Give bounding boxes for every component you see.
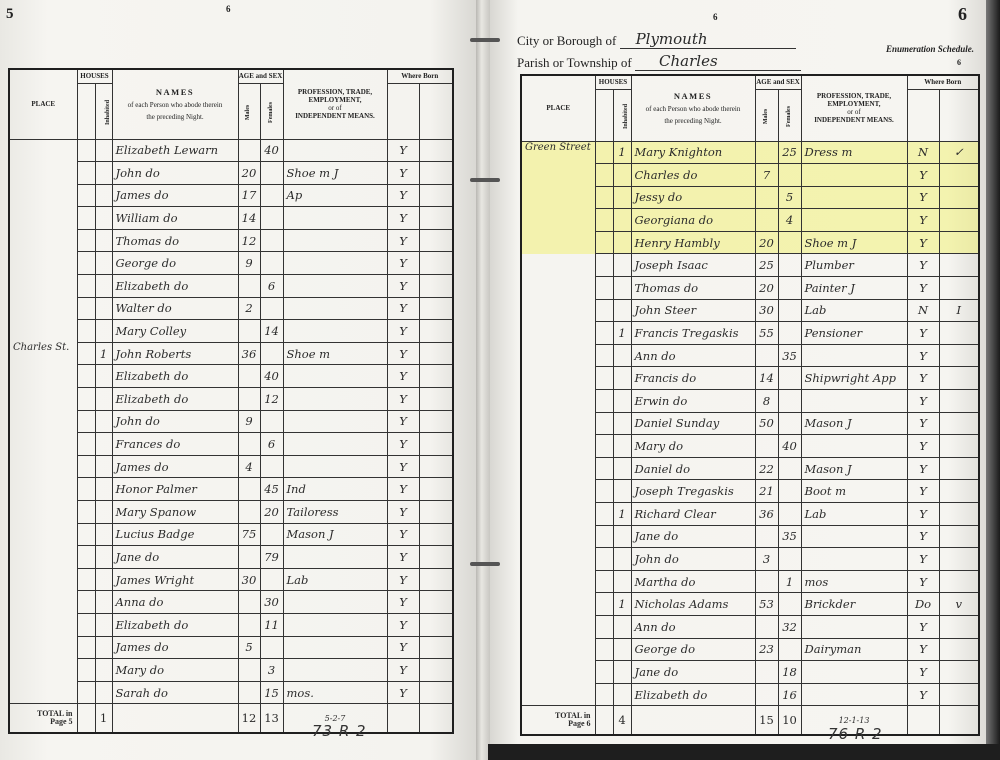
males-cell: 22 (755, 457, 778, 480)
uninhabited-cell (595, 277, 613, 300)
table-row: Jane do35Y (521, 525, 979, 548)
total-row: TOTAL inPage 64151012-1-13 (521, 706, 979, 736)
born-foreign-cell: ✓ (939, 141, 979, 164)
females-cell: 12 (260, 388, 283, 411)
place (9, 252, 77, 275)
males-cell: 75 (238, 523, 260, 546)
inhabited-cell (613, 277, 631, 300)
born-county-cell: Y (387, 568, 419, 591)
uninhabited-cell (595, 322, 613, 345)
total-born-foreign (939, 706, 979, 736)
table-row: 1Nicholas Adams53BrickderDov (521, 593, 979, 616)
place (521, 344, 595, 367)
col-females: Females (778, 89, 801, 141)
uninhabited-cell (77, 568, 95, 591)
males-cell (238, 681, 260, 704)
inhabited-cell (95, 388, 112, 411)
born-county-cell: Y (907, 661, 939, 684)
profession-cell: Brickder (801, 593, 907, 616)
born-foreign-cell (939, 186, 979, 209)
females-cell (778, 480, 801, 503)
inhabited-cell (95, 568, 112, 591)
profession-cell (283, 591, 387, 614)
profession-h4: INDEPENDENT MEANS. (284, 112, 387, 120)
table-row: Henry Hambly20Shoe m JY (521, 231, 979, 254)
col-uninhabited: Uninhabited or Building (77, 83, 95, 139)
males-cell (238, 659, 260, 682)
binding-clip (470, 38, 500, 42)
uninhabited-cell (595, 141, 613, 164)
place (521, 186, 595, 209)
females-cell (778, 593, 801, 616)
profession-cell (283, 659, 387, 682)
table-row: 1Richard Clear36LabY (521, 503, 979, 526)
place (9, 139, 77, 162)
females-cell: 20 (260, 501, 283, 524)
uninhabited-cell (595, 570, 613, 593)
uninhabited-cell (595, 164, 613, 187)
table-row: Elizabeth Lewarn40Y (9, 139, 453, 162)
born-county-cell: Y (907, 435, 939, 458)
males-cell (238, 275, 260, 298)
col-age-sex: AGE and SEX (755, 75, 801, 89)
uninhabited-cell (77, 139, 95, 162)
table-row: Lucius Badge75Mason JY (9, 523, 453, 546)
uninhabited-cell (77, 433, 95, 456)
binding-clip (470, 562, 500, 566)
males-cell (238, 613, 260, 636)
born-foreign-cell (419, 568, 453, 591)
profession-cell: Mason J (801, 412, 907, 435)
born-county-cell: Y (907, 231, 939, 254)
col-where-born: Where Born (907, 75, 979, 89)
total-row: TOTAL inPage 5112135-2-7 (9, 704, 453, 734)
book-edge (986, 0, 1000, 760)
inhabited-cell (613, 683, 631, 706)
uninhabited-cell (77, 297, 95, 320)
inhabited-cell (95, 478, 112, 501)
females-cell (778, 322, 801, 345)
born-county-cell: Y (387, 207, 419, 230)
inhabited-cell (95, 297, 112, 320)
profession-cell: Lab (283, 568, 387, 591)
name-cell: Walter do (112, 297, 238, 320)
born-county-cell: Y (907, 503, 939, 526)
uninhabited-cell (595, 254, 613, 277)
name-cell: John Roberts (112, 342, 238, 365)
born-foreign-cell (939, 615, 979, 638)
born-county-cell: Y (907, 480, 939, 503)
uninhabited-cell (595, 344, 613, 367)
place (9, 320, 77, 343)
inhabited-label: Inhabited (623, 103, 630, 128)
table-row: James Wright30LabY (9, 568, 453, 591)
uninhabited-cell (595, 299, 613, 322)
table-row: Ann do32Y (521, 615, 979, 638)
inhabited-label: Inhabited (105, 99, 112, 124)
left-rows: Elizabeth Lewarn40YJohn do20Shoe m JYJam… (9, 139, 453, 733)
name-cell: Mary Colley (112, 320, 238, 343)
table-row: James do4Y (9, 455, 453, 478)
place (521, 615, 595, 638)
inhabited-cell: 1 (95, 342, 112, 365)
table-row: Thomas do20Painter JY (521, 277, 979, 300)
name-cell: Francis do (631, 367, 755, 390)
born-county-cell: Y (387, 410, 419, 433)
born-county-cell: Y (387, 139, 419, 162)
born-county-cell: Y (387, 636, 419, 659)
name-cell: William do (112, 207, 238, 230)
profession-h2: EMPLOYMENT, (802, 100, 907, 108)
uninhabited-cell (77, 229, 95, 252)
males-cell: 12 (238, 229, 260, 252)
place (521, 480, 595, 503)
left-reference: 73 R 2 (312, 722, 367, 740)
profession-cell (283, 613, 387, 636)
table-row: Frances do6Y (9, 433, 453, 456)
place (9, 681, 77, 704)
name-cell: Mary do (631, 435, 755, 458)
males-cell: 2 (238, 297, 260, 320)
col-names: NAMES of each Person who abode therein t… (631, 75, 755, 141)
born-county-cell: Y (387, 681, 419, 704)
city-borough-label: City or Borough of (517, 33, 616, 48)
name-cell: Martha do (631, 570, 755, 593)
total-born-county (907, 706, 939, 736)
born-foreign-cell (419, 252, 453, 275)
parish-township-value: Charles (635, 52, 801, 71)
place (521, 231, 595, 254)
born-foreign-cell (939, 164, 979, 187)
place (521, 525, 595, 548)
place (521, 254, 595, 277)
table-row: Elizabeth do6Y (9, 275, 453, 298)
males-cell: 4 (238, 455, 260, 478)
females-cell (778, 503, 801, 526)
males-cell (755, 186, 778, 209)
females-cell: 11 (260, 613, 283, 636)
females-cell: 18 (778, 661, 801, 684)
total-males: 15 (755, 706, 778, 736)
females-cell (778, 638, 801, 661)
born-foreign-cell (939, 638, 979, 661)
uninhabited-cell (77, 365, 95, 388)
col-age-sex: AGE and SEX (238, 69, 283, 83)
born-foreign-cell (419, 229, 453, 252)
profession-cell: Shoe m J (801, 231, 907, 254)
males-cell: 8 (755, 390, 778, 413)
inhabited-cell (95, 455, 112, 478)
born-county-cell: Y (387, 184, 419, 207)
place (521, 322, 595, 345)
uninhabited-cell (595, 480, 613, 503)
table-row: Elizabeth do12Y (9, 388, 453, 411)
females-cell: 15 (260, 681, 283, 704)
inhabited-cell: 1 (613, 593, 631, 616)
profession-cell (801, 683, 907, 706)
males-cell (755, 525, 778, 548)
total-inhabited: 1 (95, 704, 112, 734)
males-cell (755, 209, 778, 232)
profession-h4: INDEPENDENT MEANS. (802, 116, 907, 124)
inhabited-cell (95, 523, 112, 546)
uninhabited-cell (595, 457, 613, 480)
males-cell: 14 (238, 207, 260, 230)
total-blank (631, 706, 755, 736)
inhabited-cell (95, 591, 112, 614)
uninhabited-cell (77, 681, 95, 704)
place (521, 164, 595, 187)
profession-cell (283, 636, 387, 659)
profession-cell (283, 546, 387, 569)
schedule-number: 6 (957, 58, 961, 67)
total-inhabited: 4 (613, 706, 631, 736)
females-cell (778, 548, 801, 571)
table-row: James do5Y (9, 636, 453, 659)
name-cell: Thomas do (112, 229, 238, 252)
females-cell (260, 297, 283, 320)
males-cell: 55 (755, 322, 778, 345)
uninhabited-cell (77, 410, 95, 433)
place (521, 638, 595, 661)
total-uninhabited (595, 706, 613, 736)
females-cell: 6 (260, 275, 283, 298)
born-foreign-cell (419, 681, 453, 704)
uninhabited-cell (595, 412, 613, 435)
place (9, 636, 77, 659)
right-top-mark: 6 (713, 12, 718, 22)
born-foreign-cell (939, 480, 979, 503)
females-cell (778, 254, 801, 277)
males-cell: 5 (238, 636, 260, 659)
profession-cell: Dairyman (801, 638, 907, 661)
males-cell (755, 683, 778, 706)
name-cell: Ann do (631, 615, 755, 638)
place (9, 433, 77, 456)
females-cell: 32 (778, 615, 801, 638)
col-males: Males (755, 89, 778, 141)
profession-cell (801, 209, 907, 232)
born-foreign-cell (939, 367, 979, 390)
inhabited-cell (95, 275, 112, 298)
name-cell: Frances do (112, 433, 238, 456)
born-foreign-cell (419, 320, 453, 343)
males-cell: 53 (755, 593, 778, 616)
born-foreign-cell (939, 254, 979, 277)
place (521, 367, 595, 390)
uninhabited-cell (77, 275, 95, 298)
right-rows: Green Street1Mary Knighton25Dress mN✓Cha… (521, 141, 979, 735)
males-cell (238, 139, 260, 162)
born-county-cell: Y (387, 388, 419, 411)
born-foreign-cell (939, 457, 979, 480)
females-cell (778, 299, 801, 322)
name-cell: Francis Tregaskis (631, 322, 755, 345)
inhabited-cell (613, 390, 631, 413)
table-row: Jane do18Y (521, 661, 979, 684)
place (9, 388, 77, 411)
born-county-cell: Y (387, 613, 419, 636)
born-county-cell: Y (907, 638, 939, 661)
profession-cell (801, 390, 907, 413)
males-cell (755, 435, 778, 458)
place (9, 546, 77, 569)
uninhabited-cell (77, 501, 95, 524)
born-foreign-cell (939, 683, 979, 706)
name-cell: Joseph Tregaskis (631, 480, 755, 503)
born-county-cell: Y (907, 570, 939, 593)
table-row: Elizabeth do16Y (521, 683, 979, 706)
uninhabited-cell (77, 478, 95, 501)
place (9, 568, 77, 591)
males-cell (238, 388, 260, 411)
males-cell: 3 (755, 548, 778, 571)
born-foreign-cell (419, 613, 453, 636)
born-foreign-cell: I (939, 299, 979, 322)
enumeration-schedule-label: Enumeration Schedule. (886, 44, 974, 54)
name-cell: Mary do (112, 659, 238, 682)
names-title: NAMES (113, 88, 238, 98)
name-cell: Elizabeth do (112, 613, 238, 636)
names-sub2: the preceding Night. (632, 117, 755, 125)
born-foreign-cell (419, 478, 453, 501)
born-foreign-cell (419, 297, 453, 320)
born-foreign-cell (419, 501, 453, 524)
females-cell (260, 229, 283, 252)
name-cell: Daniel do (631, 457, 755, 480)
born-county-cell: Y (387, 523, 419, 546)
born-county-cell: Y (907, 683, 939, 706)
inhabited-cell (95, 162, 112, 185)
born-foreign-cell (419, 546, 453, 569)
total-label-2: Page 6 (525, 720, 591, 729)
profession-cell: Plumber (801, 254, 907, 277)
table-row: 1Francis Tregaskis55PensionerY (521, 322, 979, 345)
females-cell (260, 410, 283, 433)
born-foreign-cell (419, 139, 453, 162)
inhabited-cell: 1 (613, 503, 631, 526)
profession-cell: Painter J (801, 277, 907, 300)
inhabited-cell (95, 320, 112, 343)
born-foreign-cell (419, 388, 453, 411)
col-houses: HOUSES (77, 69, 112, 83)
place (521, 390, 595, 413)
profession-cell: Shoe m J (283, 162, 387, 185)
uninhabited-cell (595, 661, 613, 684)
inhabited-cell (613, 570, 631, 593)
table-row: George do9Y (9, 252, 453, 275)
females-cell (778, 277, 801, 300)
name-cell: Georgiana do (631, 209, 755, 232)
uninhabited-cell (77, 320, 95, 343)
born-county-cell: Y (387, 297, 419, 320)
name-cell: Elizabeth do (112, 388, 238, 411)
males-cell: 20 (755, 277, 778, 300)
table-row: William do14Y (9, 207, 453, 230)
name-cell: John do (112, 410, 238, 433)
profession-cell (283, 297, 387, 320)
profession-h3: or of (284, 104, 387, 112)
females-cell (260, 568, 283, 591)
place (9, 229, 77, 252)
table-row: Thomas do12Y (9, 229, 453, 252)
females-cell: 1 (778, 570, 801, 593)
born-county-cell: Y (907, 390, 939, 413)
name-cell: Mary Spanow (112, 501, 238, 524)
uninhabited-cell (595, 390, 613, 413)
place (521, 209, 595, 232)
inhabited-cell (613, 412, 631, 435)
born-foreign-cell (939, 322, 979, 345)
inhabited-cell (613, 254, 631, 277)
right-reference: 76 R 2 (828, 725, 883, 743)
profession-cell (283, 207, 387, 230)
names-sub1: of each Person who abode therein (113, 101, 238, 109)
born-county-cell: Y (387, 229, 419, 252)
name-cell: Elizabeth do (631, 683, 755, 706)
place (9, 455, 77, 478)
profession-cell: mos (801, 570, 907, 593)
males-label: Males (763, 108, 770, 123)
born-foreign-cell (939, 231, 979, 254)
place (521, 683, 595, 706)
table-row: Mary Spanow20TailoressY (9, 501, 453, 524)
total-label: TOTAL inPage 5 (9, 704, 77, 734)
names-sub1: of each Person who abode therein (632, 105, 755, 113)
place (521, 412, 595, 435)
born-foreign-cell (419, 162, 453, 185)
place (521, 593, 595, 616)
uninhabited-cell (595, 209, 613, 232)
inhabited-cell (613, 367, 631, 390)
name-cell: Charles do (631, 164, 755, 187)
born-county-cell: Y (907, 367, 939, 390)
place (9, 410, 77, 433)
males-cell (755, 141, 778, 164)
uninhabited-cell (77, 659, 95, 682)
profession-cell: Shipwright App (801, 367, 907, 390)
census-table-right: PLACE HOUSES NAMES of each Person who ab… (520, 74, 980, 736)
born-county-cell: Y (387, 546, 419, 569)
table-row: Joseph Isaac25PlumberY (521, 254, 979, 277)
born-county-cell: Y (907, 548, 939, 571)
profession-cell (283, 365, 387, 388)
born-county-cell: Y (387, 252, 419, 275)
place (521, 299, 595, 322)
inhabited-cell (95, 139, 112, 162)
inhabited-cell (613, 164, 631, 187)
uninhabited-cell (595, 503, 613, 526)
name-cell: Ann do (631, 344, 755, 367)
born-foreign-cell: v (939, 593, 979, 616)
page-bottom-shadow (488, 744, 1000, 760)
inhabited-cell (613, 638, 631, 661)
born-foreign-cell (419, 342, 453, 365)
profession-cell (283, 455, 387, 478)
males-cell: 36 (755, 503, 778, 526)
born-county-cell: Y (387, 162, 419, 185)
total-uninhabited (77, 704, 95, 734)
inhabited-cell (95, 252, 112, 275)
inhabited-cell (95, 207, 112, 230)
name-cell: Erwin do (631, 390, 755, 413)
uninhabited-cell (77, 342, 95, 365)
inhabited-cell (613, 615, 631, 638)
born-county-cell: Y (907, 209, 939, 232)
profession-cell (283, 139, 387, 162)
total-born-foreign (419, 704, 453, 734)
name-cell: Richard Clear (631, 503, 755, 526)
